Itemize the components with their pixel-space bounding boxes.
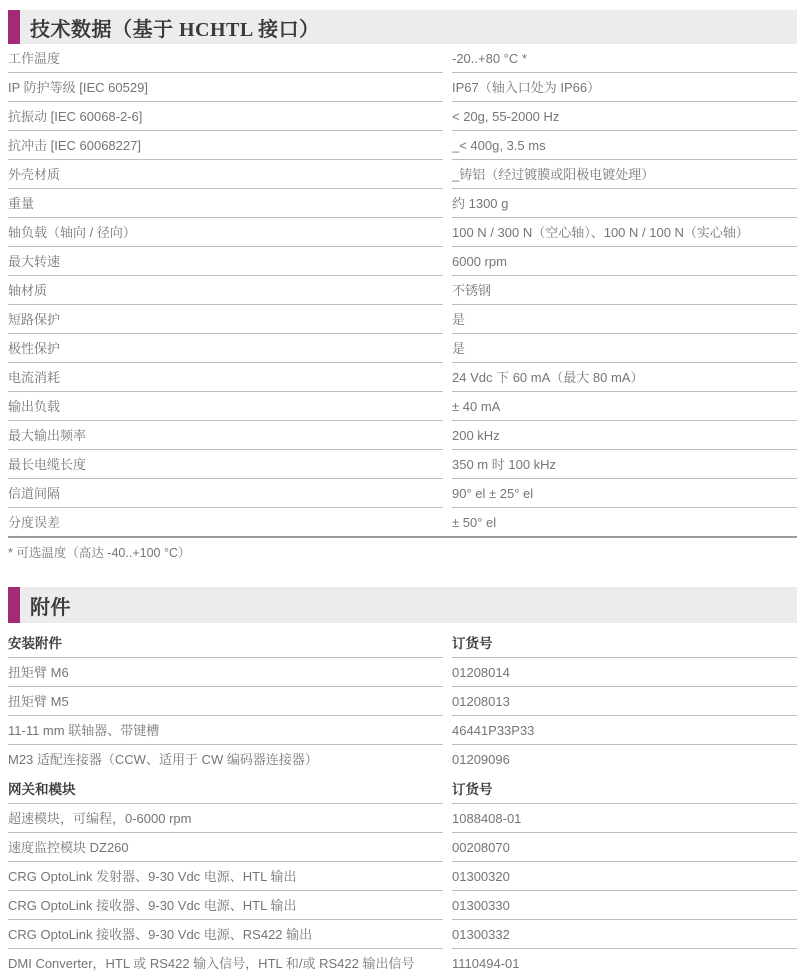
- table-row: CRG OptoLink 发射器、9-30 Vdc 电源、HTL 输出01300…: [8, 862, 797, 891]
- table-row: IP 防护等级 [IEC 60529]IP67（轴入口处为 IP66）: [8, 73, 797, 102]
- table-row: 扭矩臂 M501208013: [8, 687, 797, 716]
- row-label: 抗冲击 [IEC 60068227]: [8, 131, 443, 160]
- tech-spec-table: 工作温度-20..+80 °C *IP 防护等级 [IEC 60529]IP67…: [8, 44, 797, 538]
- row-value: 1088408-01: [452, 804, 797, 833]
- table-row: DMI Converter，HTL 或 RS422 输入信号，HTL 和/或 R…: [8, 949, 797, 977]
- row-label: 最大转速: [8, 247, 443, 276]
- row-label: CRG OptoLink 接收器、9-30 Vdc 电源、RS422 输出: [8, 920, 443, 949]
- row-value: 是: [452, 334, 797, 363]
- row-label: 超速模块，可编程，0-6000 rpm: [8, 804, 443, 833]
- row-value: 46441P33P33: [452, 716, 797, 745]
- row-label: 工作温度: [8, 44, 443, 73]
- table-group-header-row: 网关和模块订货号: [8, 773, 797, 804]
- table-row: CRG OptoLink 接收器、9-30 Vdc 电源、RS422 输出013…: [8, 920, 797, 949]
- table-row: M23 适配连接器（CCW、适用于 CW 编码器连接器）01209096: [8, 745, 797, 773]
- table-row: 轴材质不锈钢: [8, 276, 797, 305]
- table-row: 短路保护是: [8, 305, 797, 334]
- row-value: 6000 rpm: [452, 247, 797, 276]
- row-label: 分度误差: [8, 508, 443, 536]
- accessories-section-header: 附件: [8, 587, 797, 623]
- table-row: 11-11 mm 联轴器、带键槽46441P33P33: [8, 716, 797, 745]
- table-row: 抗振动 [IEC 60068-2-6]< 20g, 55-2000 Hz: [8, 102, 797, 131]
- row-label: 电流消耗: [8, 363, 443, 392]
- table-row: 最大输出频率200 kHz: [8, 421, 797, 450]
- row-label: 安装附件: [8, 627, 443, 658]
- accessories-table: 安装附件订货号扭矩臂 M601208014扭矩臂 M50120801311-11…: [8, 627, 797, 977]
- row-value: 订货号: [452, 773, 797, 804]
- row-value: 01208013: [452, 687, 797, 716]
- table-row: 超速模块，可编程，0-6000 rpm1088408-01: [8, 804, 797, 833]
- datasheet-page: 技术数据（基于 HCHTL 接口） 工作温度-20..+80 °C *IP 防护…: [0, 0, 805, 977]
- section-gap: [8, 561, 797, 587]
- row-value: < 20g, 55-2000 Hz: [452, 102, 797, 131]
- table-row: 电流消耗24 Vdc 下 60 mA（最大 80 mA）: [8, 363, 797, 392]
- row-value: 100 N / 300 N（空心轴）、100 N / 100 N（实心轴）: [452, 218, 797, 247]
- row-value: 24 Vdc 下 60 mA（最大 80 mA）: [452, 363, 797, 392]
- row-value: 01300320: [452, 862, 797, 891]
- row-value: 350 m 时 100 kHz: [452, 450, 797, 479]
- row-value: 约 1300 g: [452, 189, 797, 218]
- row-value: 是: [452, 305, 797, 334]
- row-value: 01208014: [452, 658, 797, 687]
- table-row: 轴负载（轴向 / 径向）100 N / 300 N（空心轴）、100 N / 1…: [8, 218, 797, 247]
- row-label: 网关和模块: [8, 773, 443, 804]
- table-row: 最长电缆长度350 m 时 100 kHz: [8, 450, 797, 479]
- row-value: ± 40 mA: [452, 392, 797, 421]
- row-label: IP 防护等级 [IEC 60529]: [8, 73, 443, 102]
- row-value: 01209096: [452, 745, 797, 773]
- row-value: 1110494-01: [452, 949, 797, 977]
- table-row: 扭矩臂 M601208014: [8, 658, 797, 687]
- row-label: 外壳材质: [8, 160, 443, 189]
- row-value: 不锈钢: [452, 276, 797, 305]
- tech-section-header: 技术数据（基于 HCHTL 接口）: [8, 10, 797, 44]
- row-label: 极性保护: [8, 334, 443, 363]
- table-row: 抗冲击 [IEC 60068227]_< 400g, 3.5 ms: [8, 131, 797, 160]
- tech-section-title: 技术数据（基于 HCHTL 接口）: [30, 13, 320, 42]
- table-row: 信道间隔90° el ± 25° el: [8, 479, 797, 508]
- accessories-section-title: 附件: [30, 591, 71, 620]
- row-label: 速度监控模块 DZ260: [8, 833, 443, 862]
- table-row: 极性保护是: [8, 334, 797, 363]
- row-label: 11-11 mm 联轴器、带键槽: [8, 716, 443, 745]
- row-value: _铸铝（经过镀膜或阳极电镀处理）: [452, 160, 797, 189]
- row-value: ± 50° el: [452, 508, 797, 536]
- accent-bar-icon: [8, 10, 20, 44]
- temperature-footnote: * 可选温度（高达 -40..+100 °C）: [8, 546, 797, 561]
- row-value: IP67（轴入口处为 IP66）: [452, 73, 797, 102]
- row-label: 扭矩臂 M5: [8, 687, 443, 716]
- table-row: 重量约 1300 g: [8, 189, 797, 218]
- row-label: 重量: [8, 189, 443, 218]
- row-label: M23 适配连接器（CCW、适用于 CW 编码器连接器）: [8, 745, 443, 773]
- row-value: 订货号: [452, 627, 797, 658]
- row-label: 轴负载（轴向 / 径向）: [8, 218, 443, 247]
- table-row: 速度监控模块 DZ26000208070: [8, 833, 797, 862]
- row-label: 轴材质: [8, 276, 443, 305]
- table-row: 外壳材质_铸铝（经过镀膜或阳极电镀处理）: [8, 160, 797, 189]
- row-label: 信道间隔: [8, 479, 443, 508]
- table-row: CRG OptoLink 接收器、9-30 Vdc 电源、HTL 输出01300…: [8, 891, 797, 920]
- table-row: 输出负载± 40 mA: [8, 392, 797, 421]
- row-label: 抗振动 [IEC 60068-2-6]: [8, 102, 443, 131]
- row-value: 01300332: [452, 920, 797, 949]
- row-label: 扭矩臂 M6: [8, 658, 443, 687]
- table-row: 分度误差± 50° el: [8, 508, 797, 538]
- row-label: CRG OptoLink 发射器、9-30 Vdc 电源、HTL 输出: [8, 862, 443, 891]
- row-label: DMI Converter，HTL 或 RS422 输入信号，HTL 和/或 R…: [8, 949, 443, 977]
- row-label: 短路保护: [8, 305, 443, 334]
- row-value: 90° el ± 25° el: [452, 479, 797, 508]
- row-label: 最长电缆长度: [8, 450, 443, 479]
- table-row: 最大转速6000 rpm: [8, 247, 797, 276]
- row-label: CRG OptoLink 接收器、9-30 Vdc 电源、HTL 输出: [8, 891, 443, 920]
- table-group-header-row: 安装附件订货号: [8, 627, 797, 658]
- row-label: 最大输出频率: [8, 421, 443, 450]
- row-value: 200 kHz: [452, 421, 797, 450]
- row-value: _< 400g, 3.5 ms: [452, 131, 797, 160]
- row-label: 输出负载: [8, 392, 443, 421]
- row-value: -20..+80 °C *: [452, 44, 797, 73]
- accent-bar-icon: [8, 587, 20, 623]
- table-row: 工作温度-20..+80 °C *: [8, 44, 797, 73]
- row-value: 01300330: [452, 891, 797, 920]
- row-value: 00208070: [452, 833, 797, 862]
